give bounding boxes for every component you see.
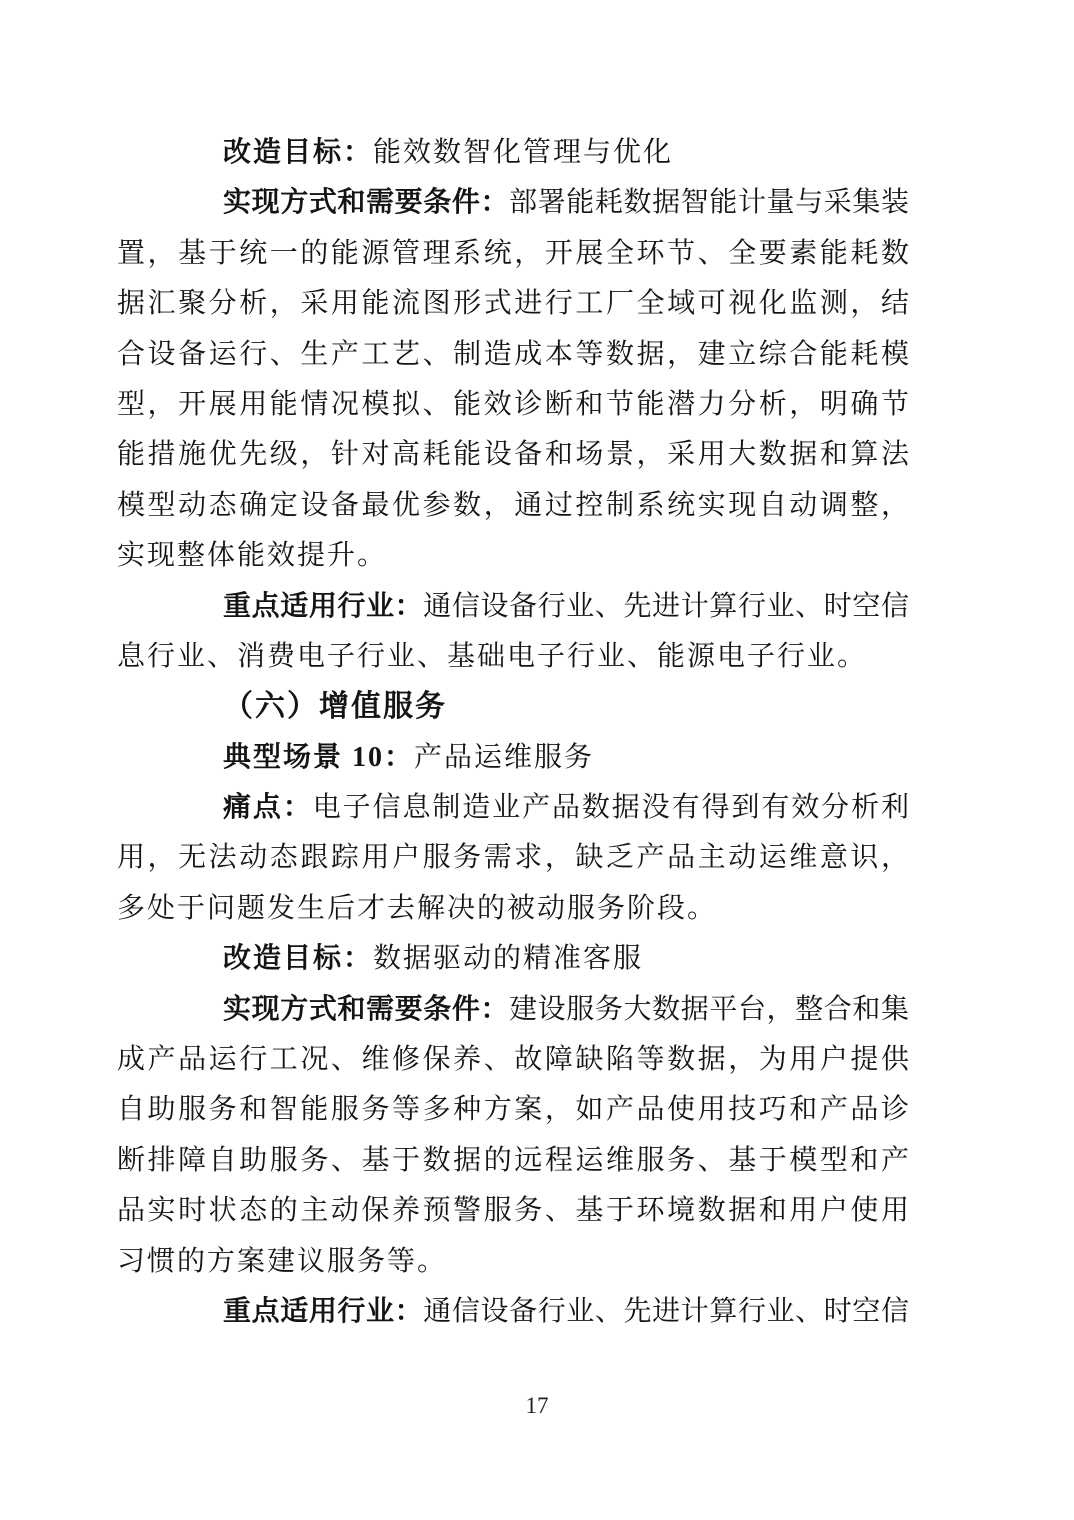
doc-line: 改造目标：能效数智化管理与优化	[117, 128, 909, 178]
text-block: 改造目标：能效数智化管理与优化 实现方式和需要条件：部署能耗数据智能计量与采集装…	[117, 128, 909, 1337]
doc-line-text: 型，开展用能情况模拟、能效诊断和节能潜力分析，明确节	[117, 389, 909, 420]
doc-line: 重点适用行业：通信设备行业、先进计算行业、时空信	[117, 582, 909, 632]
doc-line-label: 改造目标：	[223, 137, 373, 168]
doc-line-label: 实现方式和需要条件：	[223, 994, 509, 1025]
doc-line-text: 据汇聚分析，采用能流图形式进行工厂全域可视化监测，结	[117, 288, 909, 319]
doc-line: 多处于问题发生后才去解决的被动服务阶段。	[117, 884, 909, 934]
doc-line-text: 电子信息制造业产品数据没有得到有效分析利	[313, 792, 909, 823]
doc-line-label: 痛点：	[223, 792, 313, 823]
doc-line-text: 成产品运行工况、维修保养、故障缺陷等数据，为用户提供	[117, 1044, 909, 1075]
section-heading: （六）增值服务	[117, 682, 909, 732]
doc-line-text: 品实时状态的主动保养预警服务、基于环境数据和用户使用	[117, 1195, 909, 1226]
doc-line: 置，基于统一的能源管理系统，开展全环节、全要素能耗数	[117, 229, 909, 279]
doc-line: 痛点：电子信息制造业产品数据没有得到有效分析利	[117, 783, 909, 833]
doc-line: 能措施优先级，针对高耗能设备和场景，采用大数据和算法	[117, 430, 909, 480]
doc-line: 典型场景 10：产品运维服务	[117, 733, 909, 783]
doc-line: 实现整体能效提升。	[117, 531, 909, 581]
doc-line-label: 改造目标：	[223, 943, 373, 974]
doc-line: 习惯的方案建议服务等。	[117, 1237, 909, 1287]
page-number: 17	[0, 1390, 1074, 1422]
document-page: 改造目标：能效数智化管理与优化 实现方式和需要条件：部署能耗数据智能计量与采集装…	[0, 0, 1074, 1520]
doc-line: 改造目标：数据驱动的精准客服	[117, 934, 909, 984]
doc-line-text: 合设备运行、生产工艺、制造成本等数据，建立综合能耗模	[117, 339, 909, 370]
doc-line-text: 产品运维服务	[414, 742, 594, 773]
doc-line-text: 实现整体能效提升。	[117, 540, 387, 571]
doc-line-text: 数据驱动的精准客服	[373, 943, 643, 974]
doc-line-text: 能措施优先级，针对高耗能设备和场景，采用大数据和算法	[117, 439, 909, 470]
doc-line-label: 重点适用行业：	[223, 1296, 423, 1327]
doc-line-text: 置，基于统一的能源管理系统，开展全环节、全要素能耗数	[117, 238, 909, 269]
doc-line: 合设备运行、生产工艺、制造成本等数据，建立综合能耗模	[117, 330, 909, 380]
doc-line: 实现方式和需要条件：部署能耗数据智能计量与采集装	[117, 178, 909, 228]
doc-line: 息行业、消费电子行业、基础电子行业、能源电子行业。	[117, 632, 909, 682]
doc-line-text: 通信设备行业、先进计算行业、时空信	[423, 591, 909, 622]
doc-line: 模型动态确定设备最优参数，通过控制系统实现自动调整，	[117, 481, 909, 531]
doc-line-label: 实现方式和需要条件：	[223, 187, 509, 218]
doc-line: 自助服务和智能服务等多种方案，如产品使用技巧和产品诊	[117, 1085, 909, 1135]
doc-line: 实现方式和需要条件：建设服务大数据平台，整合和集	[117, 985, 909, 1035]
doc-line: 型，开展用能情况模拟、能效诊断和节能潜力分析，明确节	[117, 380, 909, 430]
doc-line-text: 断排障自助服务、基于数据的远程运维服务、基于模型和产	[117, 1145, 909, 1176]
doc-line-label: 重点适用行业：	[223, 591, 423, 622]
doc-line-text: 多处于问题发生后才去解决的被动服务阶段。	[117, 893, 717, 924]
doc-line-text: 通信设备行业、先进计算行业、时空信	[423, 1296, 909, 1327]
doc-line: 品实时状态的主动保养预警服务、基于环境数据和用户使用	[117, 1186, 909, 1236]
doc-line: 重点适用行业：通信设备行业、先进计算行业、时空信	[117, 1287, 909, 1337]
doc-line: 断排障自助服务、基于数据的远程运维服务、基于模型和产	[117, 1136, 909, 1186]
doc-line-text: 习惯的方案建议服务等。	[117, 1246, 447, 1277]
doc-line-text: 模型动态确定设备最优参数，通过控制系统实现自动调整，	[117, 490, 909, 521]
doc-line-text: 用，无法动态跟踪用户服务需求，缺乏产品主动运维意识，	[117, 842, 909, 873]
doc-line-text: 能效数智化管理与优化	[373, 137, 673, 168]
doc-line-label: 典型场景 10：	[223, 742, 414, 773]
doc-line: 据汇聚分析，采用能流图形式进行工厂全域可视化监测，结	[117, 279, 909, 329]
doc-line-text: 自助服务和智能服务等多种方案，如产品使用技巧和产品诊	[117, 1094, 909, 1125]
section-heading-text: （六）增值服务	[223, 690, 447, 723]
doc-line: 成产品运行工况、维修保养、故障缺陷等数据，为用户提供	[117, 1035, 909, 1085]
doc-line-text: 息行业、消费电子行业、基础电子行业、能源电子行业。	[117, 641, 867, 672]
doc-line-text: 部署能耗数据智能计量与采集装	[509, 187, 909, 218]
doc-line: 用，无法动态跟踪用户服务需求，缺乏产品主动运维意识，	[117, 833, 909, 883]
doc-line-text: 建设服务大数据平台，整合和集	[509, 994, 909, 1025]
